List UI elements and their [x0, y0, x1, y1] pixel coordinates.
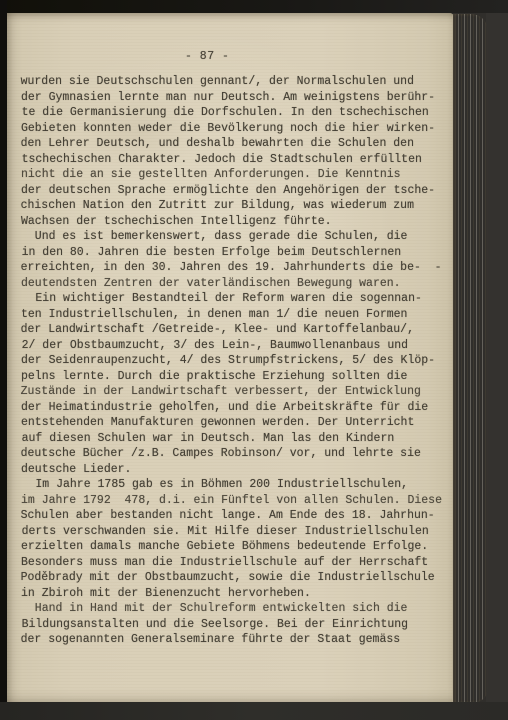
text-line: tschechischen Charakter. Jedoch die Stad…	[22, 152, 446, 168]
text-line: Ein wichtiger Bestandteil der Reform war…	[22, 291, 446, 307]
text-line: der Gymnasien lernte man nur Deutsch. Am…	[21, 90, 445, 106]
text-line: der Landwirtschaft /Getreide-, Klee- und…	[21, 322, 445, 338]
text-line: deutsche Bücher /z.B. Campes Robinson/ v…	[21, 446, 445, 462]
text-line: im Jahre 1792 478, d.i. ein Fünftel von …	[21, 493, 445, 509]
text-line: erreichten, in den 30. Jahren des 19. Ja…	[21, 260, 445, 276]
text-line: chischen Nation den Zutritt zur Bildung,…	[21, 198, 445, 214]
text-line: auf diesen Schulen war in Deutsch. Man l…	[22, 431, 446, 447]
text-line: deutsche Lieder.	[21, 462, 445, 478]
page-number: - 87 -	[185, 50, 229, 63]
text-line: erzielten damals manche Gebiete Böhmens …	[21, 539, 445, 555]
text-line: pelns lernte. Durch die praktische Erzie…	[21, 369, 445, 385]
text-line: Bildungsanstalten und die Seelsorge. Bei…	[22, 617, 446, 633]
scan-bottom-edge	[0, 702, 508, 720]
text-line: Poděbrady mit der Obstbaumzucht, sowie d…	[21, 570, 445, 586]
book-gutter-shadow	[0, 0, 7, 720]
text-line: Hand in Hand mit der Schulreform entwick…	[21, 601, 445, 617]
text-line: te die Germanisierung die Dorfschulen. I…	[22, 105, 446, 121]
scan-top-edge	[0, 0, 508, 13]
text-line: Und es ist bemerkenswert, dass gerade di…	[21, 229, 445, 245]
text-line: der sogenannten Generalseminare führte d…	[21, 632, 445, 648]
text-line: derts verschwanden sie. Mit Hilfe dieser…	[22, 524, 446, 540]
text-line: Zustände in der Landwirtschaft verbesser…	[21, 384, 445, 400]
page-edge-stripes	[452, 14, 488, 703]
text-line: den Lehrer Deutsch, und deshalb bewahrte…	[21, 136, 445, 152]
book-page: - 87 - wurden sie Deutschschulen gennant…	[7, 13, 453, 703]
text-line: Im Jahre 1785 gab es in Böhmen 200 Indus…	[22, 477, 446, 493]
text-line: in Zbiroh mit der Bienenzucht hervorhebe…	[21, 586, 445, 602]
text-line: in den 80. Jahren die besten Erfolge bei…	[22, 245, 446, 261]
text-line: nicht die an sie gestellten Anforderunge…	[21, 167, 445, 183]
text-line: ten Industriellschulen, in denen man 1/ …	[21, 307, 445, 323]
text-line: 2/ der Obstbaumzucht, 3/ des Lein-, Baum…	[22, 338, 446, 354]
scanned-book-photo: - 87 - wurden sie Deutschschulen gennant…	[0, 0, 508, 720]
book-fore-edge-pages	[452, 14, 488, 703]
text-line: deutendsten Zentren der vaterländischen …	[21, 276, 445, 292]
text-line: der deutschen Sprache ermöglichte den An…	[21, 183, 445, 199]
text-line: entstehenden Manufakturen gewonnen werde…	[21, 415, 445, 431]
page-body-text: wurden sie Deutschschulen gennant/, der …	[21, 74, 445, 648]
scan-background	[486, 0, 508, 720]
text-line: Schulen aber bestanden nicht lange. Am E…	[21, 508, 445, 524]
text-line: wurden sie Deutschschulen gennant/, der …	[21, 74, 445, 90]
text-line: Wachsen der tschechischen Intelligenz fü…	[21, 214, 445, 230]
text-line: Besonders muss man die Industriellschule…	[21, 555, 445, 571]
text-line: Gebieten konnten weder die Bevölkerung n…	[21, 121, 445, 137]
text-line: der Heimatindustrie geholfen, und die Ar…	[21, 400, 445, 416]
text-line: der Seidenraupenzucht, 4/ des Strumpfstr…	[21, 353, 445, 369]
